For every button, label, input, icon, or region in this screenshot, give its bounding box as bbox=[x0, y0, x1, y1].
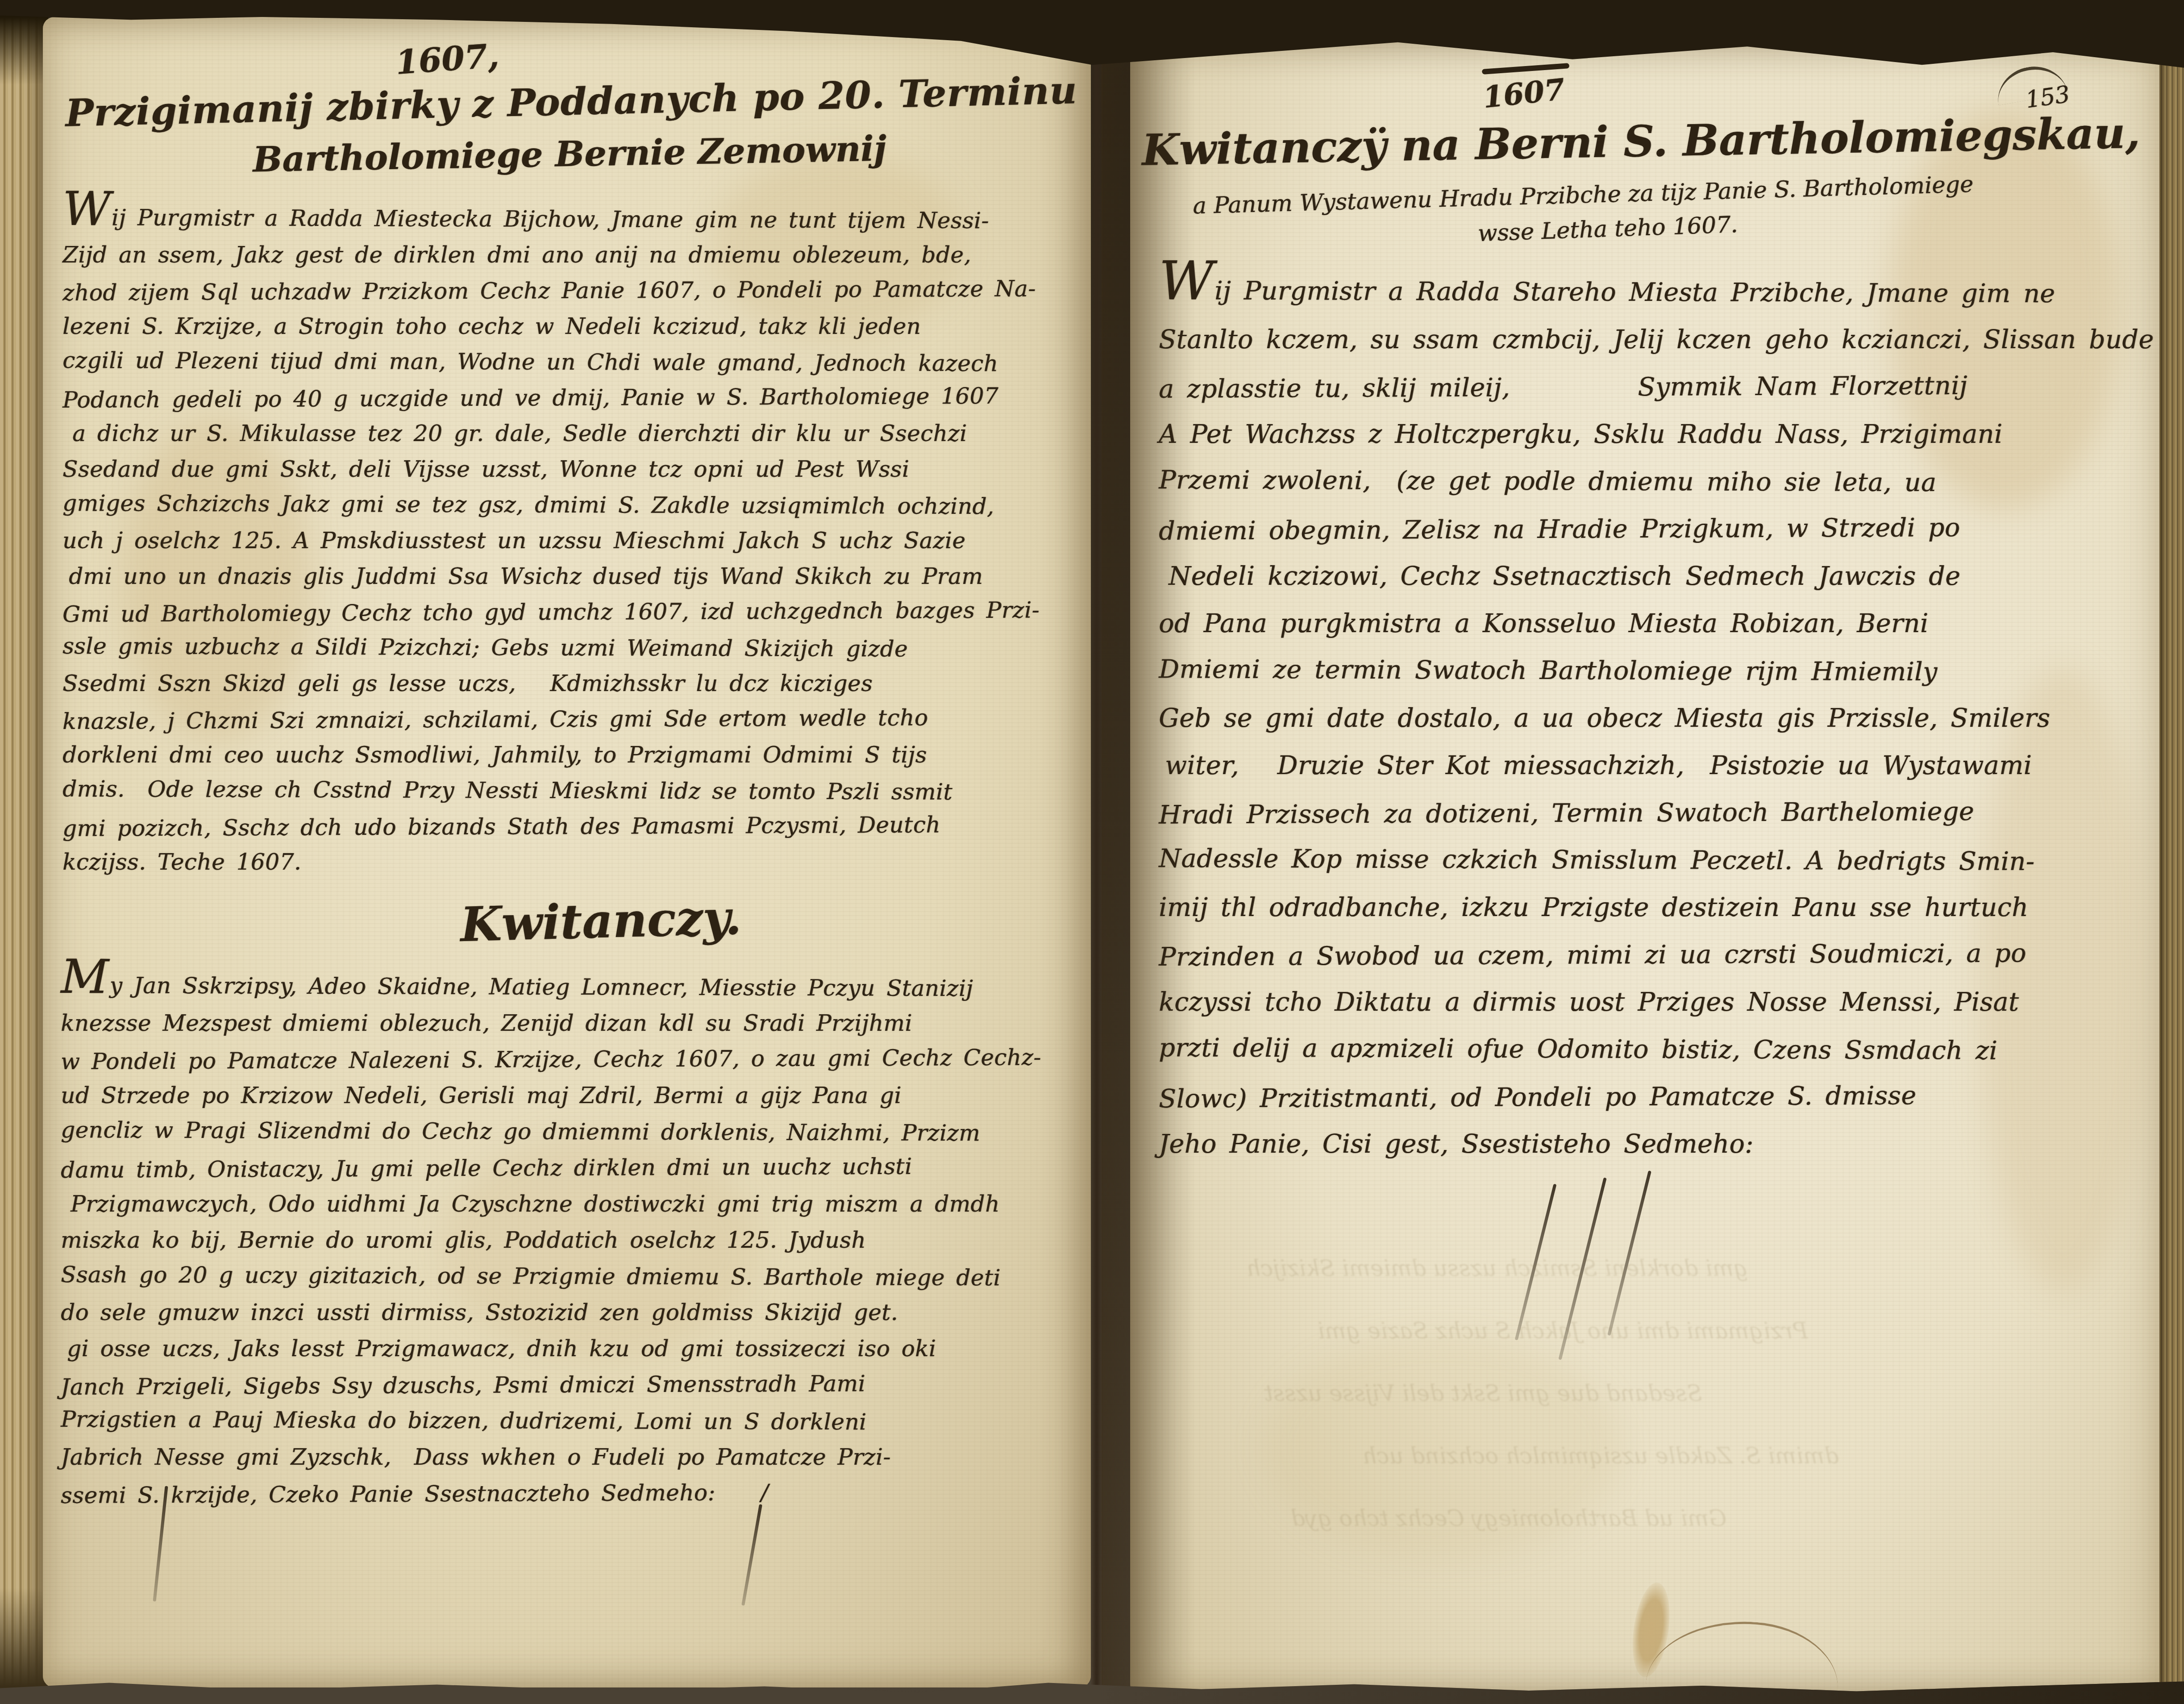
left-page-stack-edge bbox=[0, 0, 48, 1704]
manuscript-line: dmiemi obegmin, Zelisz na Hradie Przigku… bbox=[1159, 503, 2145, 555]
left-page: 1607, Przigimanij zbirky z Poddanych po … bbox=[43, 17, 1091, 1687]
manuscript-line: knezsse Mezspest dmiemi oblezuch, Zenijd… bbox=[61, 1005, 1078, 1042]
pen-flourish-stroke bbox=[741, 1504, 762, 1606]
right-page-stack-edge bbox=[2159, 0, 2184, 1704]
right-page-heading: Kwitanczÿ na Berni S. Bartholomiegskau, bbox=[1141, 107, 2149, 175]
manuscript-line: uch j oselchz 125. A Pmskdiusstest un uz… bbox=[62, 523, 1077, 558]
manuscript-line: Dmiemi ze termin Swatoch Bartholomiege r… bbox=[1159, 646, 2145, 696]
manuscript-line: od Pana purgkmistra a Konsseluo Miesta R… bbox=[1159, 600, 2145, 647]
left-page-heading-line1: Przigimanij zbirky z Poddanych po 20. Te… bbox=[65, 68, 1074, 135]
manuscript-line: Przigstien a Pauj Mieska do bizzen, dudr… bbox=[61, 1401, 1078, 1441]
manuscript-line: Hradi Przissech za dotizeni, Termin Swat… bbox=[1159, 787, 2145, 839]
manuscript-line: Stanlto kczem, su ssam czmbcij, Jelij kc… bbox=[1159, 316, 2145, 363]
manuscript-line: Geb se gmi date dostalo, a ua obecz Mies… bbox=[1159, 695, 2145, 742]
manuscript-line: w Pondeli po Pamatcze Nalezeni S. Krzijz… bbox=[61, 1039, 1078, 1080]
manuscript-line: Wij Purgmistr a Radda Stareho Miesta Prz… bbox=[1159, 262, 2145, 318]
manuscript-line: gmi pozizch, Sschz dch udo bizands Stath… bbox=[62, 806, 1077, 846]
left-page-section-heading: Kwitanczy. bbox=[355, 887, 847, 955]
manuscript-line: dorkleni dmi ceo uuchz Ssmodliwi, Jahmil… bbox=[62, 737, 1077, 773]
left-page-paragraph-2: My Jan Sskrzipsy, Adeo Skaidne, Matieg L… bbox=[61, 962, 1078, 1512]
manuscript-line: Wij Purgmistr a Radda Miestecka Bijchow,… bbox=[62, 193, 1077, 239]
right-page-body-paragraph: Wij Purgmistr a Radda Stareho Miesta Prz… bbox=[1159, 264, 2145, 1168]
manuscript-line: Gmi ud Bartholomiegy Cechz tcho gyd umch… bbox=[62, 592, 1077, 632]
manuscript-line: ud Strzede po Krzizow Nedeli, Gerisli ma… bbox=[61, 1078, 1078, 1114]
manuscript-line: dmis. Ode lezse ch Csstnd Przy Nessti Mi… bbox=[62, 771, 1077, 810]
bleedthrough-ghost-line: gmi dorkleni Ssmizch uzssu dmiemi Skizij… bbox=[1246, 1255, 1748, 1281]
manuscript-line: A Pet Wachzss z Holtczpergku, Ssklu Radd… bbox=[1159, 411, 2145, 458]
manuscript-line: witer, Druzie Ster Kot miessachzizh, Psi… bbox=[1165, 742, 2145, 789]
manuscript-line: Przigmawczych, Odo uidhmi Ja Czyschzne d… bbox=[71, 1186, 1078, 1222]
manuscript-line: ssemi S. krzijde, Czeko Panie Ssestnaczt… bbox=[61, 1473, 1078, 1514]
gutter-shadow bbox=[1102, 16, 1195, 1704]
manuscript-line: ssle gmis uzbuchz a Sildi Pzizchzi; Gebs… bbox=[62, 628, 1077, 667]
manuscript-line: Nedeli kczizowi, Cechz Ssetnacztisch Sed… bbox=[1169, 553, 2145, 600]
bleedthrough-ghost-line: dmimi S. Zakdle uzsiqmimlch ochzind uch bbox=[1362, 1443, 1839, 1469]
right-page: 1607 153 Kwitanczÿ na Berni S. Bartholom… bbox=[1130, 41, 2159, 1696]
left-page-heading-line2: Bartholomiege Bernie Zemownij bbox=[154, 127, 985, 182]
book-gutter bbox=[1091, 16, 1102, 1704]
manuscript-line: Zijd an ssem, Jakz gest de dirklen dmi a… bbox=[62, 237, 1077, 273]
manuscript-line: lezeni S. Krzijze, a Strogin toho cechz … bbox=[62, 308, 1077, 344]
manuscript-line: Ssedand due gmi Sskt, deli Vijsse uzsst,… bbox=[62, 451, 1077, 487]
manuscript-line: knazsle, j Chzmi Szi zmnaizi, schzilami,… bbox=[62, 699, 1077, 739]
manuscript-line: dmi uno un dnazis glis Juddmi Ssa Wsichz… bbox=[69, 558, 1077, 594]
bleedthrough-ghost-line: Gmi ud Bartholomiegy Cechz tcho gyd bbox=[1291, 1505, 1726, 1531]
manuscript-line: a dichz ur S. Mikulasse tez 20 gr. dale,… bbox=[72, 416, 1077, 451]
manuscript-line: do sele gmuzw inzci ussti dirmiss, Sstoz… bbox=[61, 1295, 1078, 1331]
manuscript-line: Ssash go 20 g uczy gizitazich, od se Prz… bbox=[61, 1257, 1078, 1296]
manuscript-line: Przinden a Swobod ua czem, mimi zi ua cz… bbox=[1159, 929, 2145, 981]
manuscript-line: Nadessle Kop misse czkzich Smisslum Pecz… bbox=[1159, 835, 2145, 886]
manuscript-line: My Jan Sskrzipsy, Adeo Skaidne, Matieg L… bbox=[61, 961, 1078, 1007]
left-page-year: 1607, bbox=[394, 37, 500, 82]
manuscript-line: Jeho Panie, Cisi gest, Ssestisteho Sedme… bbox=[1159, 1121, 2145, 1168]
manuscript-line: Przemi zwoleni, (ze get podle dmiemu mih… bbox=[1159, 456, 2145, 507]
manuscript-line: gi osse uczs, Jaks lesst Przigmawacz, dn… bbox=[67, 1331, 1078, 1367]
manuscript-line: Jabrich Nesse gmi Zyzschk, Dass wkhen o … bbox=[61, 1439, 1078, 1475]
manuscript-line: czgili ud Plezeni tijud dmi man, Wodne u… bbox=[62, 342, 1077, 382]
manuscript-line: imij thl odradbanche, izkzu Przigste des… bbox=[1159, 884, 2145, 931]
manuscript-line: damu timb, Onistaczy, Ju gmi pelle Cechz… bbox=[61, 1148, 1078, 1188]
manuscript-line: Slowc) Przitistmanti, od Pondeli po Pama… bbox=[1159, 1071, 2145, 1123]
ink-smudge-curve bbox=[1646, 1615, 1842, 1696]
manuscript-line: Janch Przigeli, Sigebs Ssy dzuschs, Psmi… bbox=[61, 1365, 1078, 1405]
manuscript-book-spread: 1607, Przigimanij zbirky z Poddanych po … bbox=[0, 0, 2184, 1704]
manuscript-line: a zplasstie tu, sklij mileij, Symmik Nam… bbox=[1159, 361, 2145, 413]
manuscript-line: miszka ko bij, Bernie do uromi glis, Pod… bbox=[61, 1222, 1078, 1258]
manuscript-line: gencliz w Pragi Slizendmi do Cechz go dm… bbox=[61, 1112, 1078, 1152]
bleedthrough-ghost-line: Ssedand due gmi Sskt deli Vijsse uzsst bbox=[1264, 1380, 1702, 1406]
closing-flourish-stroke bbox=[1607, 1171, 1652, 1336]
manuscript-line: zhod zijem Sql uchzadw Przizkom Cechz Pa… bbox=[62, 271, 1077, 311]
manuscript-line: gmiges Schzizchs Jakz gmi se tez gsz, dm… bbox=[62, 485, 1077, 525]
manuscript-line: kczijss. Teche 1607. bbox=[62, 844, 1077, 880]
right-page-subheading-line1: a Panum Wystawenu Hradu Przibche za tijz… bbox=[1193, 167, 2108, 219]
left-page-paragraph-1: Wij Purgmistr a Radda Miestecka Bijchow,… bbox=[62, 195, 1077, 880]
bleedthrough-ghost-line: Przigmami dmi uno Jakch S uchz Sazie gmi bbox=[1318, 1318, 1808, 1344]
manuscript-line: kczyssi tcho Diktatu a dirmis uost Przig… bbox=[1159, 979, 2145, 1026]
manuscript-line: Ssedmi Sszn Skizd geli gs lesse uczs, Kd… bbox=[62, 666, 1077, 701]
manuscript-line: przti delij a apzmizeli ofue Odomito bis… bbox=[1159, 1024, 2145, 1075]
right-page-year: 1607 bbox=[1481, 72, 1566, 115]
manuscript-line: Podanch gedeli po 40 g uczgide und ve dm… bbox=[62, 378, 1077, 418]
